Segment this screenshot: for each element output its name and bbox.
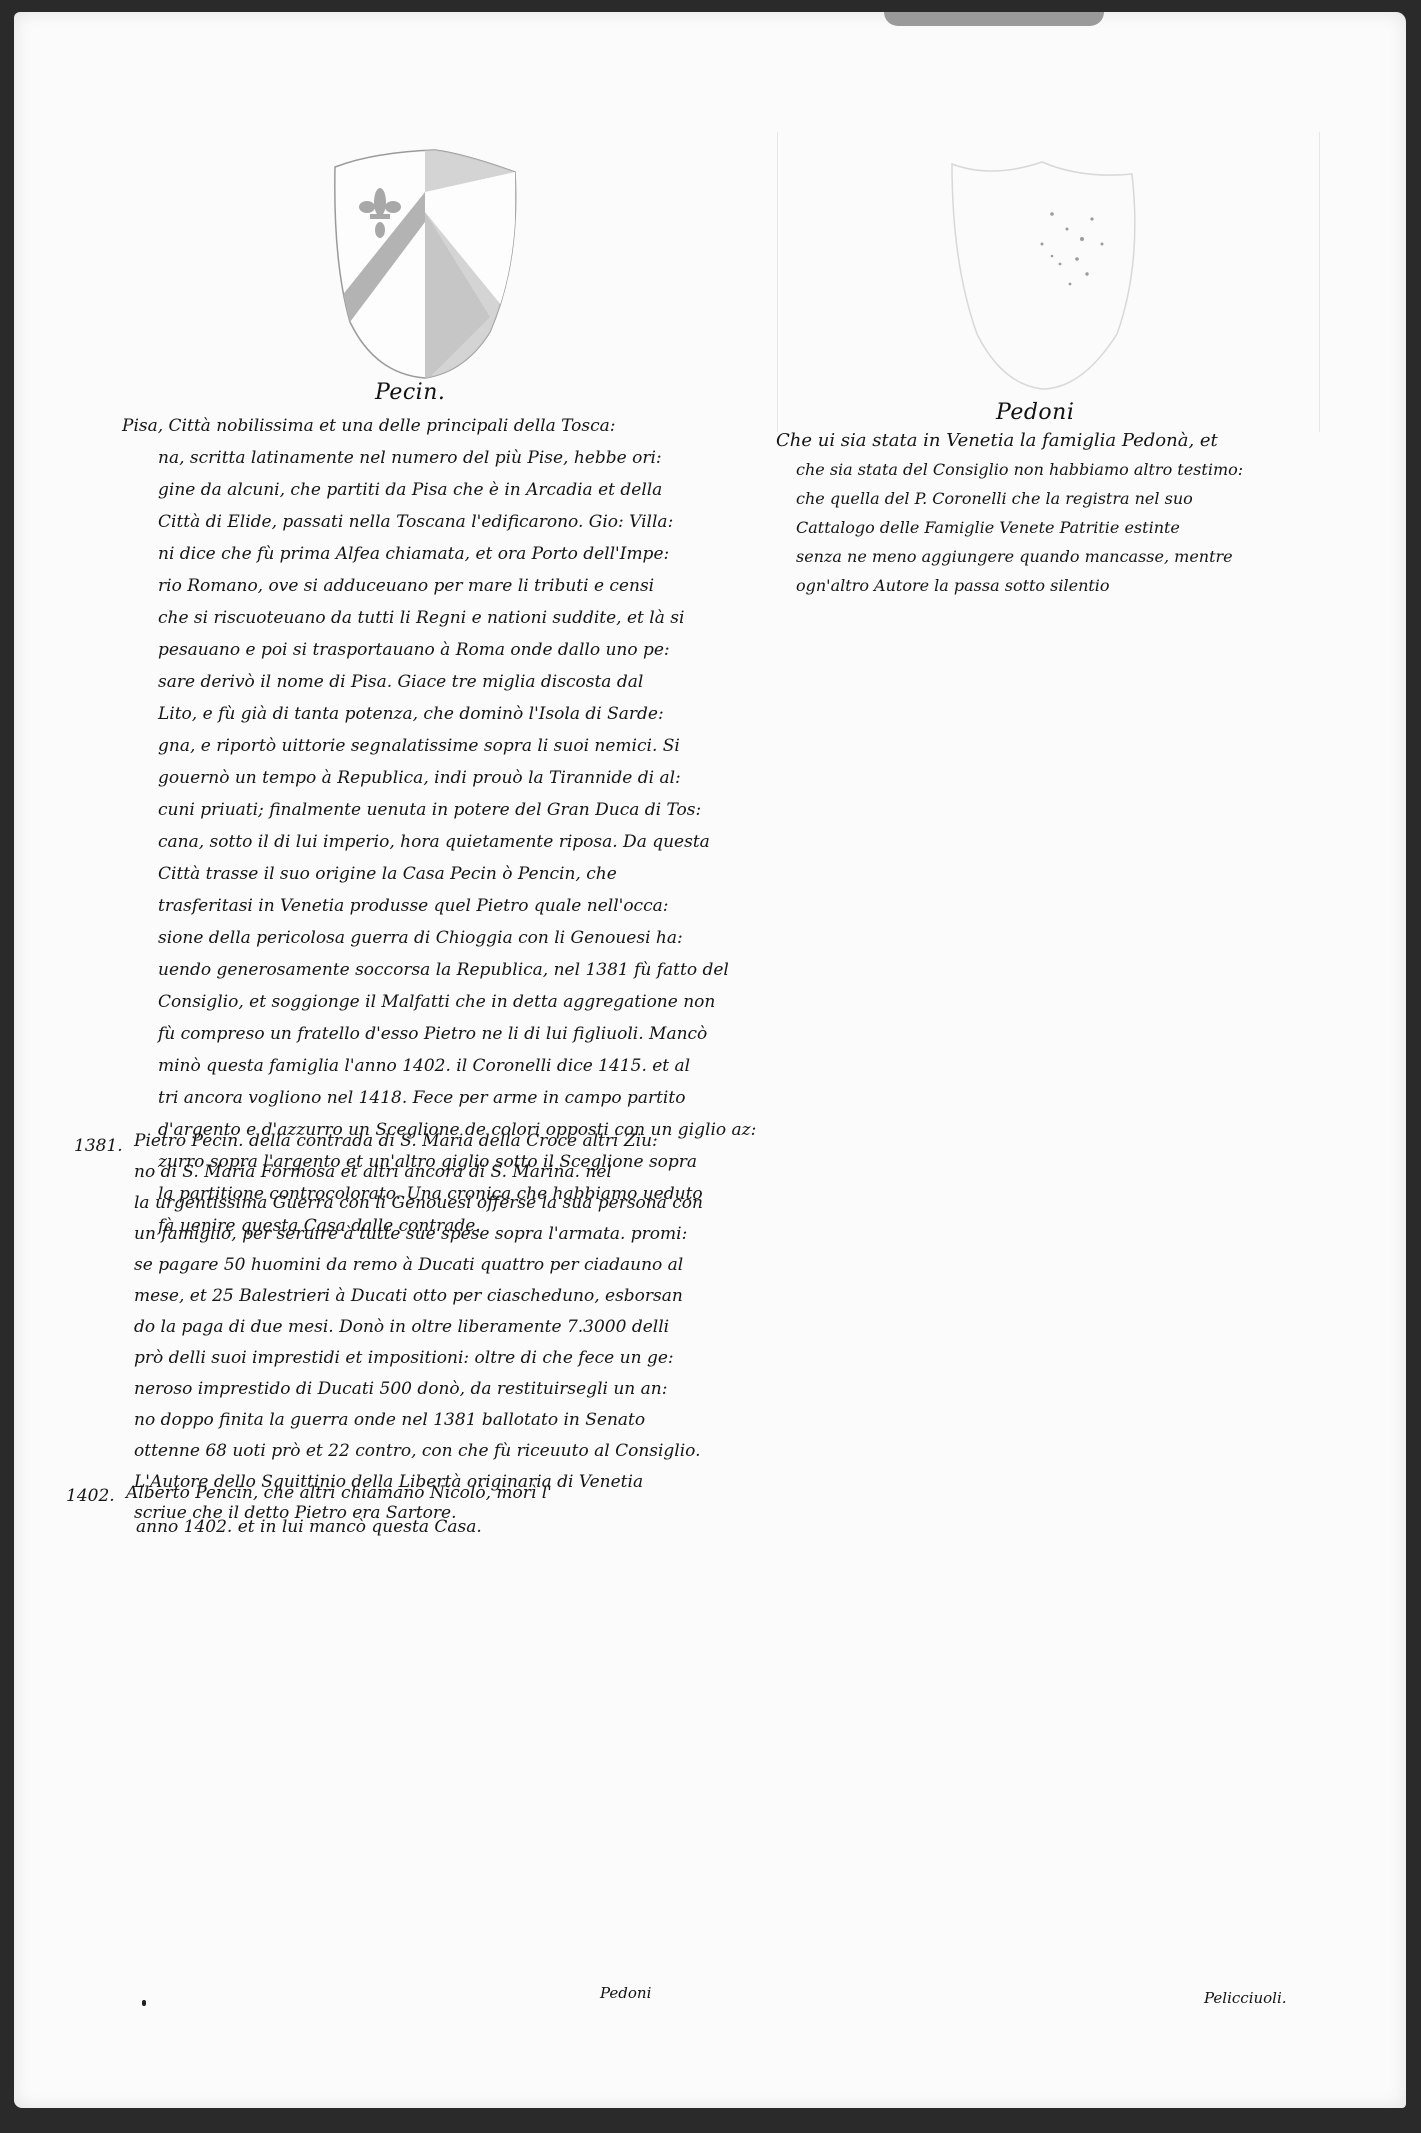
text-line: senza ne meno aggiungere quando mancasse… [796, 542, 1336, 571]
pedoni-coat-of-arms-icon [932, 144, 1172, 394]
text-line: un famiglio, per seruire à tutte sue spe… [134, 1219, 744, 1250]
text-line: Alberto Pencin, che altri chiamano Nicol… [126, 1476, 726, 1510]
pecin-history-text: Pisa, Città nobilissima et una delle pri… [158, 410, 758, 1242]
text-line: ni dice che fù prima Alfea chiamata, et … [158, 538, 758, 570]
text-line: no di S. Maria Formosa et altri ancora d… [134, 1157, 744, 1188]
text-line: Consiglio, et soggionge il Malfatti che … [158, 986, 758, 1018]
text-line: cana, sotto il di lui imperio, hora quie… [158, 826, 758, 858]
pecin-coat-of-arms-icon [315, 142, 545, 382]
manuscript-page: Pecin. Pisa, Città nobilissima et una de… [14, 12, 1406, 2108]
text-line: anno 1402. et in lui mancò questa Casa. [136, 1510, 726, 1544]
text-line: la urgentissima Guerra con li Genouesi o… [134, 1188, 744, 1219]
text-line: che si riscuoteuano da tutti li Regni e … [158, 602, 758, 634]
ink-dot [142, 2000, 146, 2006]
text-line: pesauano e poi si trasportauano à Roma o… [158, 634, 758, 666]
catchword-right: Pelicciuoli. [1204, 1989, 1287, 2007]
binding-tab [884, 12, 1104, 26]
text-line: gine da alcuni, che partiti da Pisa che … [158, 474, 758, 506]
text-line: Pisa, Città nobilissima et una delle pri… [122, 410, 758, 442]
text-line: do la paga di due mesi. Donò in oltre li… [134, 1312, 744, 1343]
text-line: sare derivò il nome di Pisa. Giace tre m… [158, 666, 758, 698]
text-line: Città trasse il suo origine la Casa Peci… [158, 858, 758, 890]
text-line: tri ancora vogliono nel 1418. Fece per a… [158, 1082, 758, 1114]
text-line: no doppo finita la guerra onde nel 1381 … [134, 1405, 744, 1436]
pecin-heading: Pecin. [375, 380, 445, 405]
entry-1402-text: Alberto Pencin, che altri chiamano Nicol… [126, 1476, 726, 1544]
text-line: Pietro Pecin. della contrada di S. Maria… [134, 1126, 744, 1157]
text-line: mese, et 25 Balestrieri à Ducati otto pe… [134, 1281, 744, 1312]
text-line: rio Romano, ove si adduceuano per mare l… [158, 570, 758, 602]
catchword-center: Pedoni [600, 1984, 651, 2002]
text-line: neroso imprestido di Ducati 500 donò, da… [134, 1374, 744, 1405]
text-line: ottenne 68 uoti prò et 22 contro, con ch… [134, 1436, 744, 1467]
entry-1381-text: Pietro Pecin. della contrada di S. Maria… [134, 1126, 744, 1529]
text-line: gouernò un tempo à Republica, indi prouò… [158, 762, 758, 794]
text-line: Lito, e fù già di tanta potenza, che dom… [158, 698, 758, 730]
text-line: sione della pericolosa guerra di Chioggi… [158, 922, 758, 954]
text-line: Città di Elide, passati nella Toscana l'… [158, 506, 758, 538]
column-rule-right [1319, 132, 1320, 432]
text-line: trasferitasi in Venetia produsse quel Pi… [158, 890, 758, 922]
text-line: se pagare 50 huomini da remo à Ducati qu… [134, 1250, 744, 1281]
text-line: na, scritta latinamente nel numero del p… [158, 442, 758, 474]
text-line: minò questa famiglia l'anno 1402. il Cor… [158, 1050, 758, 1082]
text-line: uendo generosamente soccorsa la Republic… [158, 954, 758, 986]
text-line: Che ui sia stata in Venetia la famiglia … [776, 426, 1336, 455]
text-line: fù compreso un fratello d'esso Pietro ne… [158, 1018, 758, 1050]
text-line: ogn'altro Autore la passa sotto silentio [796, 571, 1336, 600]
text-line: prò delli suoi imprestidi et impositioni… [134, 1343, 744, 1374]
text-line: che quella del P. Coronelli che la regis… [796, 484, 1336, 513]
text-line: Cattalogo delle Famiglie Venete Patritie… [796, 513, 1336, 542]
pedoni-heading: Pedoni [996, 400, 1074, 425]
text-line: che sia stata del Consiglio non habbiamo… [796, 455, 1336, 484]
pedoni-history-text: Che ui sia stata in Venetia la famiglia … [776, 426, 1336, 600]
text-line: gna, e riportò uittorie segnalatissime s… [158, 730, 758, 762]
entry-year-1381: 1381. [74, 1136, 123, 1156]
entry-year-1402: 1402. [66, 1486, 115, 1506]
text-line: cuni priuati; finalmente uenuta in poter… [158, 794, 758, 826]
column-rule-left [777, 132, 778, 432]
